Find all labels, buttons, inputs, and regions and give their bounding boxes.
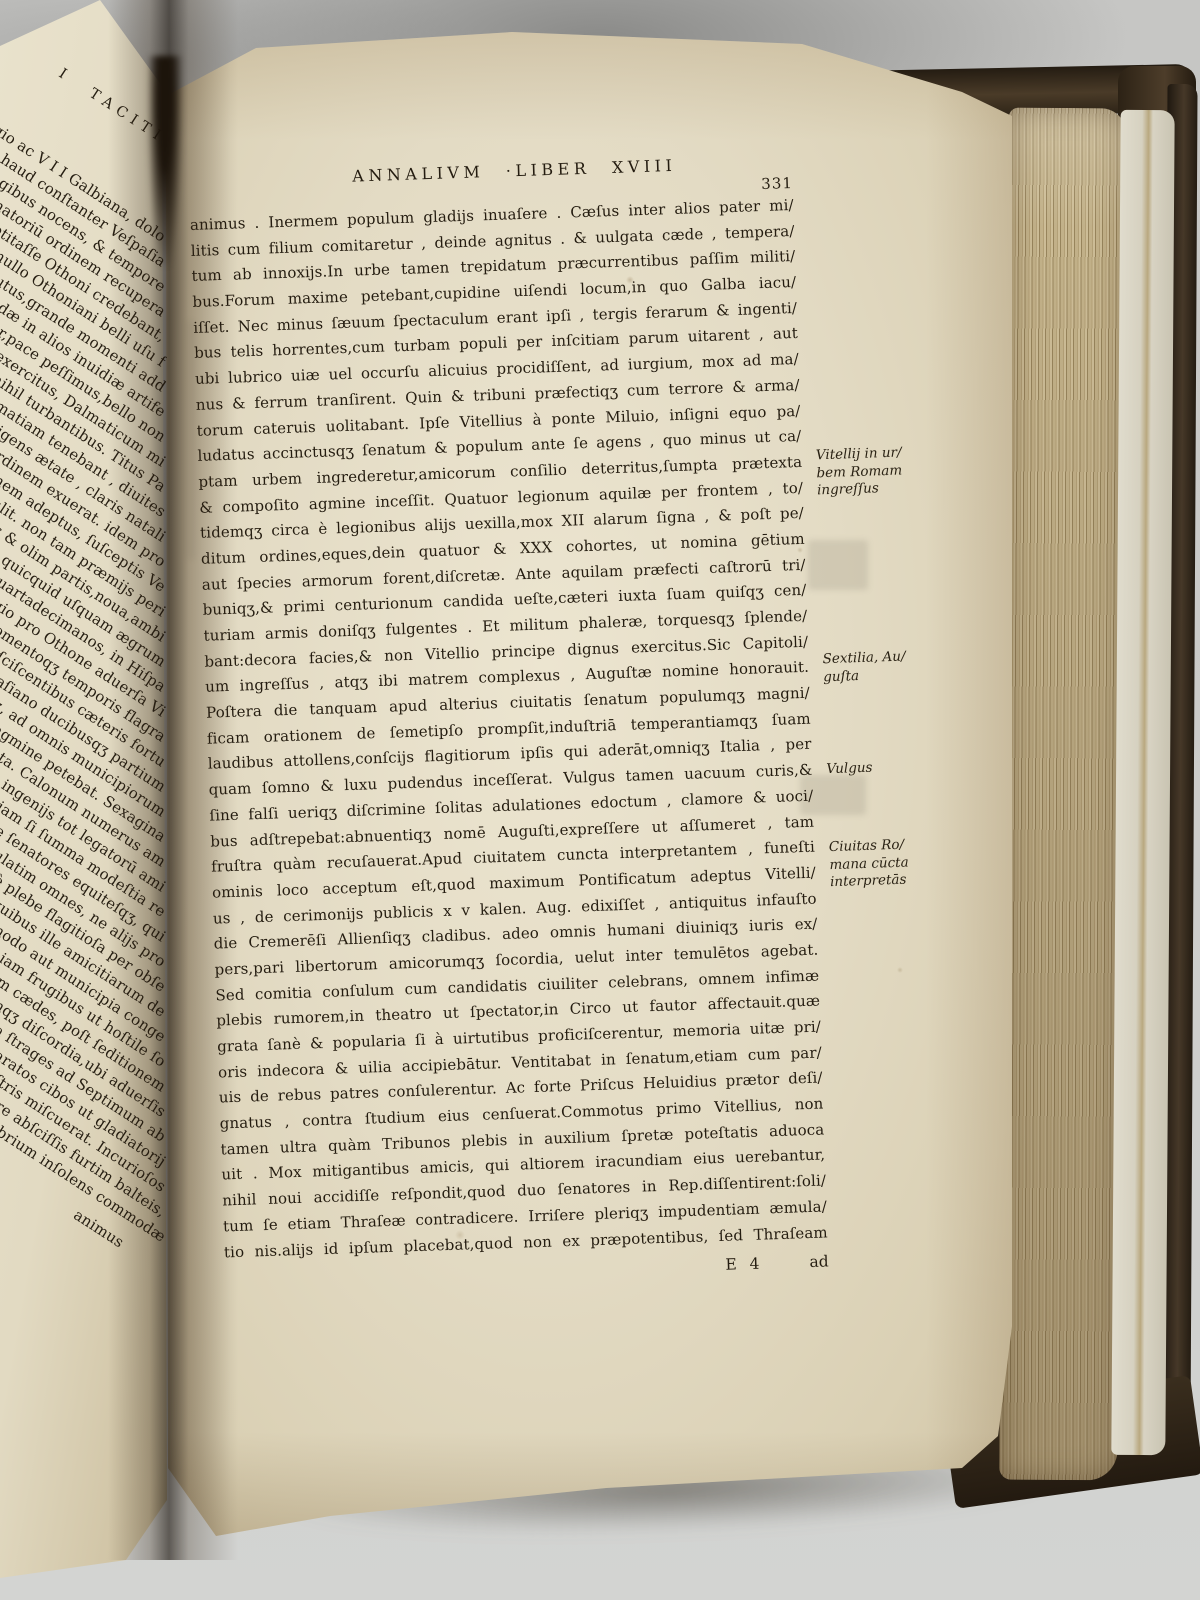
margin-note: Vulgus [826,758,931,779]
margin-note: Sextilia, Au/ guſta [822,648,927,686]
page-block-fore-edge [999,108,1127,1481]
book-photo: I TACITI I I I legio ac V I I Galbiana, … [0,0,1200,1600]
margin-note: Ciuitas Ro/ mana cūcta interpretās [829,836,935,892]
signature-mark: E 4 [725,1251,764,1278]
endpaper-edge [1111,110,1174,1455]
left-page-lines: I I I legio ac V I I Galbiana, dolo ntes… [0,226,167,1251]
catchword: ad [809,1249,829,1276]
left-page-text: I TACITI I I I legio ac V I I Galbiana, … [0,0,167,1470]
right-page-text: ANNALIVM ·LIBER XVIII 331 animus . Inerm… [188,152,829,1295]
margin-note: Vitellij in ur/ bem Romam ingreſſus [816,444,922,500]
left-running-header: I TACITI [0,0,167,150]
page-number: 331 [761,174,793,193]
main-text-block: animus . Inermem populum gladijs inuaſer… [190,193,829,1266]
